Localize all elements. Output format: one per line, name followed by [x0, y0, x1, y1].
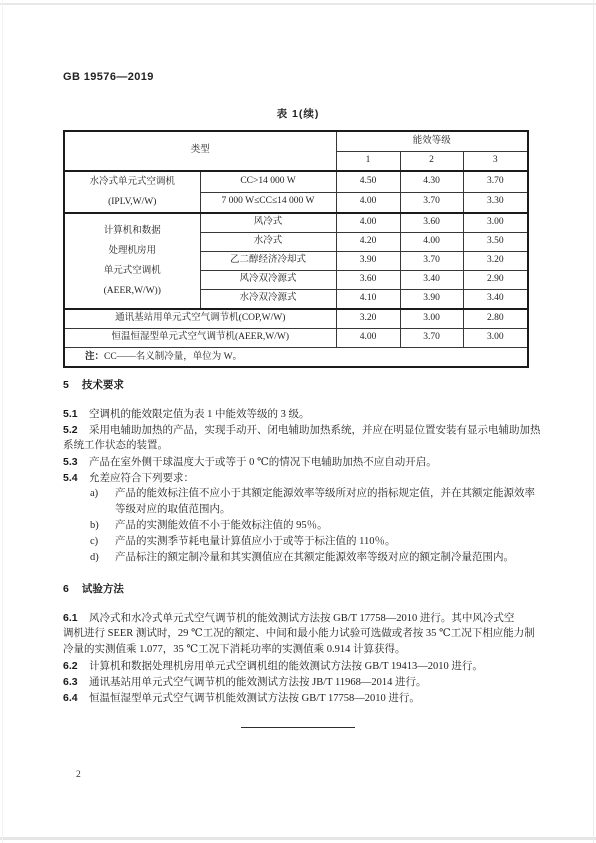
clause-6-1: 6.1风冷式和水冷式单元式空气调节机的能效测试方法按 GB/T 17758—20… — [63, 610, 531, 658]
subtype-cell: 风冷双冷源式 — [200, 271, 336, 290]
note-label: 注： — [85, 351, 104, 362]
subtype-cell: 乙二醇经济冷却式 — [200, 252, 336, 271]
value-cell: 3.30 — [463, 192, 528, 213]
table-row: 恒温恒湿型单元式空气调节机(AEER,W/W) 4.00 3.70 3.00 — [64, 329, 528, 348]
section-5-heading: 5技术要求 — [63, 377, 531, 393]
value-cell: 3.70 — [463, 171, 528, 192]
list-item-d: d) 产品标注的额定制冷量和其实测值应在其额定能源效率等级对应的额定制冷量范围内… — [63, 550, 531, 566]
value-cell: 3.40 — [463, 290, 528, 310]
value-cell: 3.50 — [463, 233, 528, 252]
subtype-cell: 水冷式 — [200, 233, 336, 252]
value-cell: 4.20 — [336, 233, 400, 252]
value-cell: 3.90 — [400, 290, 463, 310]
row-label-constant-temp-humidity: 恒温恒湿型单元式空气调节机(AEER,W/W) — [64, 329, 336, 348]
body-text: 5技术要求 5.1空调机的能效限定值为表 1 中能效等级的 3 级。 5.2采用… — [63, 377, 531, 706]
clause-5-1: 5.1空调机的能效限定值为表 1 中能效等级的 3 级。 — [63, 406, 531, 422]
document-page: GB 19576—2019 表 1(续) 类型 能效等级 1 2 3 水冷式单元… — [0, 0, 596, 843]
page-edge-left — [2, 0, 3, 843]
value-cell: 3.20 — [463, 252, 528, 271]
value-cell: 3.40 — [400, 271, 463, 290]
value-cell: 3.90 — [336, 252, 400, 271]
table-note-row: 注：CC——名义制冷量，单位为 W。 — [64, 348, 528, 368]
table-row: 计算机和数据 处理机房用 单元式空调机 (AEER,W/W)) 风冷式 4.00… — [64, 213, 528, 233]
subtype-cell: 7 000 W≤CC≤14 000 W — [200, 192, 336, 213]
page-edge-bottom — [0, 837, 596, 840]
value-cell: 3.60 — [400, 213, 463, 233]
doc-code: GB 19576—2019 — [63, 71, 154, 83]
value-cell: 3.00 — [463, 213, 528, 233]
value-cell: 3.70 — [400, 329, 463, 348]
page-edge-top — [0, 3, 596, 5]
list-item-a: a) 产品的能效标注值不应小于其额定能源效率等级所对应的指标规定值，并在其额定能… — [63, 486, 531, 518]
section-6-heading: 6试验方法 — [63, 581, 531, 597]
list-item-b: b) 产品的实测能效值不小于能效标注值的 95％。 — [63, 518, 531, 534]
value-cell: 3.00 — [463, 329, 528, 348]
clause-6-3: 6.3通讯基站用单元式空气调节机的能效测试方法按 JB/T 11968—2014… — [63, 674, 531, 690]
header-row-1: 类型 能效等级 — [64, 131, 528, 152]
note-text: CC——名义制冷量，单位为 W。 — [104, 352, 242, 362]
value-cell: 3.60 — [336, 271, 400, 290]
energy-efficiency-table: 类型 能效等级 1 2 3 水冷式单元式空调机 (IPLV,W/W) CC>14… — [63, 130, 529, 368]
table-note: 注：CC——名义制冷量，单位为 W。 — [64, 348, 528, 368]
grade-col-1: 1 — [336, 152, 400, 172]
list-item-c: c) 产品的实测季节耗电量计算值应小于或等于标注值的 110％。 — [63, 534, 531, 550]
page-number: 2 — [76, 770, 81, 780]
clause-6-4: 6.4恒温恒湿型单元式空气调节机能效测试方法按 GB/T 17758—2010 … — [63, 690, 531, 706]
end-of-document-rule — [241, 727, 355, 728]
page-edge-right — [593, 0, 594, 843]
table-row: 水冷式单元式空调机 (IPLV,W/W) CC>14 000 W 4.50 4.… — [64, 171, 528, 192]
value-cell: 2.80 — [463, 309, 528, 329]
clause-5-2: 5.2采用电辅助加热的产品，实现手动开、闭电辅助加热系统，并应在明显位置安装有显… — [63, 422, 531, 454]
col-header-type: 类型 — [64, 131, 336, 171]
value-cell: 3.70 — [400, 252, 463, 271]
grade-col-3: 3 — [463, 152, 528, 172]
subtype-cell: CC>14 000 W — [200, 171, 336, 192]
table-caption: 表 1(续) — [0, 106, 596, 121]
value-cell: 4.00 — [336, 192, 400, 213]
subtype-cell: 风冷式 — [200, 213, 336, 233]
value-cell: 4.00 — [400, 233, 463, 252]
value-cell: 4.10 — [336, 290, 400, 310]
value-cell: 4.50 — [336, 171, 400, 192]
group-label-computer-room: 计算机和数据 处理机房用 单元式空调机 (AEER,W/W)) — [64, 213, 200, 309]
value-cell: 2.90 — [463, 271, 528, 290]
clause-5-3: 5.3产品在室外侧干球温度大于或等于 0 ℃的情况下电辅助加热不应自动开启。 — [63, 454, 531, 470]
group-label-water-cooled: 水冷式单元式空调机 (IPLV,W/W) — [64, 171, 200, 213]
value-cell: 3.70 — [400, 192, 463, 213]
col-header-grade: 能效等级 — [336, 131, 528, 152]
value-cell: 3.20 — [336, 309, 400, 329]
table-row: 通讯基站用单元式空气调节机(COP,W/W) 3.20 3.00 2.80 — [64, 309, 528, 329]
value-cell: 4.30 — [400, 171, 463, 192]
grade-col-2: 2 — [400, 152, 463, 172]
value-cell: 3.00 — [400, 309, 463, 329]
subtype-cell: 水冷双冷源式 — [200, 290, 336, 310]
clause-5-4: 5.4允差应符合下列要求： — [63, 470, 531, 486]
clause-6-2: 6.2计算机和数据处理机房用单元式空调机组的能效测试方法按 GB/T 19413… — [63, 658, 531, 674]
value-cell: 4.00 — [336, 329, 400, 348]
value-cell: 4.00 — [336, 213, 400, 233]
row-label-telecom-base: 通讯基站用单元式空气调节机(COP,W/W) — [64, 309, 336, 329]
